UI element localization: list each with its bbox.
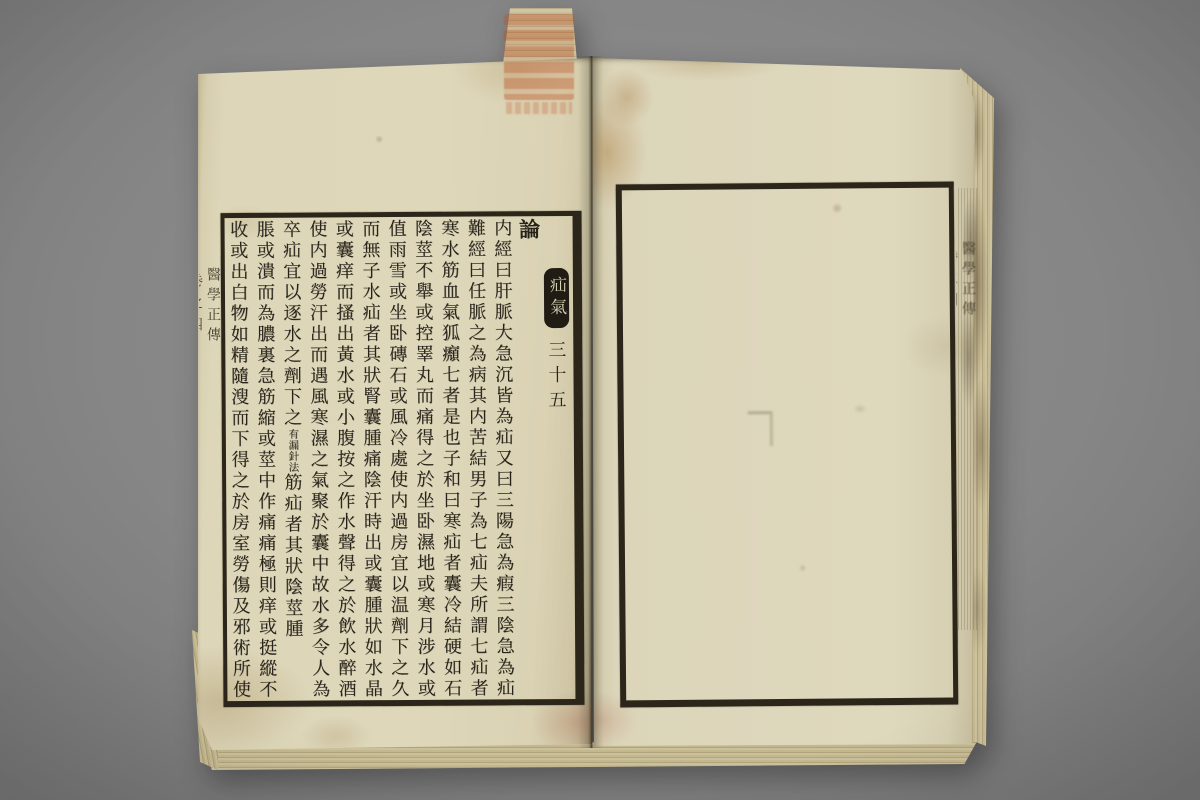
photo-background: 疝氣三十五 論 内經曰肝脈大急沉皆為疝又曰三陽急為瘕三陰急為疝 難經曰任脈之為病… — [0, 0, 1200, 800]
book: 疝氣三十五 論 内經曰肝脈大急沉皆為疝又曰三陽急為瘕三陰急為疝 難經曰任脈之為病… — [190, 2, 1002, 778]
column-text: 卒疝宜以逐水之劑下之 — [281, 220, 302, 429]
interlinear-note: 有漏針法 — [287, 429, 298, 473]
section-header: 論 — [515, 218, 544, 697]
column-text: 值雨雪或坐卧磚石或風冷處使内過房宜以温劑下之久 — [387, 219, 410, 700]
column-text: 收或出白物如精隨溲而下得之於房室勞傷及邪術所使 — [228, 220, 251, 701]
text-column: 卒疝宜以逐水之劑下之有漏針法筋疝者其狀陰莖腫 — [277, 220, 306, 699]
text-column: 陰莖不舉或控睪丸而痛得之於坐卧濕地或寒月涉水或 — [410, 219, 439, 698]
text-column: 或囊痒而搔出黃水或小腹按之作水聲得之於飲水醉酒 — [330, 219, 359, 698]
text-column: 難經曰任脈之為病其内苦結男子為七疝夫所謂七疝者 — [462, 218, 491, 697]
text-column: 脹或潰而為膿裏急筋縮或莖中作痛痛極則痒或挺縱不 — [251, 220, 280, 699]
column-text: 使内過勞汗出而遇風寒濕之氣聚於囊中故水多令人為 — [307, 219, 330, 700]
spine-book-title: 醫學正傳 — [957, 241, 977, 321]
right-spine-margin: 醫學正傳 卷之四 廿八 — [956, 188, 977, 630]
red-seal-watermark — [504, 14, 574, 100]
ink-ghost-mark — [748, 411, 773, 446]
chapter-title-cartouche: 疝氣 — [544, 268, 569, 328]
chapter-number: 三十五 — [546, 340, 566, 415]
spine-book-title: 醫學正傳 — [202, 267, 222, 347]
spine-content: 醫學正傳 卷之四 廿八 — [956, 188, 977, 370]
right-page-frame — [616, 182, 959, 708]
text-columns: 疝氣三十五 論 内經曰肝脈大急沉皆為疝又曰三陽急為瘕三陰急為疝 難經曰任脈之為病… — [228, 218, 573, 699]
column-text: 陰莖不舉或控睪丸而痛得之於坐卧濕地或寒月涉水或 — [413, 219, 436, 700]
column-text: 而無子水疝者其狀腎囊腫痛陰汗時出或囊腫狀如水晶 — [360, 219, 383, 700]
text-column: 内經曰肝脈大急沉皆為疝又曰三陽急為瘕三陰急為疝 — [489, 218, 518, 697]
spine-volume-label: 卷之四 — [199, 273, 204, 339]
spine-volume-label: 卷之四 — [956, 248, 959, 314]
column-text: 或囊痒而搔出黃水或小腹按之作水聲得之於飲水醉酒 — [334, 219, 357, 700]
column-text: 脹或潰而為膿裏急筋縮或莖中作痛痛極則痒或挺縱不 — [254, 220, 277, 701]
chapter-title-column: 疝氣三十五 — [542, 218, 573, 697]
left-spine-margin: 醫學正傳 卷之四 十九 — [199, 206, 222, 712]
column-text: 内經曰肝脈大急沉皆為疝又曰三陽急為瘕三陰急為疝 — [492, 218, 515, 699]
text-column: 寒水筋血氣狐㿗七者是也子和曰寒疝者囊冷結硬如石 — [436, 219, 465, 698]
column-text: 寒水筋血氣狐㿗七者是也子和曰寒疝者囊冷結硬如石 — [439, 219, 462, 700]
spine-content: 醫學正傳 卷之四 十九 — [199, 206, 222, 400]
text-column: 使内過勞汗出而遇風寒濕之氣聚於囊中故水多令人為 — [304, 219, 333, 698]
text-column: 值雨雪或坐卧磚石或風冷處使内過房宜以温劑下之久 — [383, 219, 412, 698]
left-text-frame: 疝氣三十五 論 内經曰肝脈大急沉皆為疝又曰三陽急為瘕三陰急為疝 難經曰任脈之為病… — [220, 211, 584, 707]
column-text: 難經曰任脈之為病其内苦結男子為七疝夫所謂七疝者 — [466, 218, 489, 699]
text-column: 而無子水疝者其狀腎囊腫痛陰汗時出或囊腫狀如水晶 — [357, 219, 386, 698]
text-column: 收或出白物如精隨溲而下得之於房室勞傷及邪術所使 — [225, 220, 254, 699]
column-text: 筋疝者其狀陰莖腫 — [282, 473, 303, 640]
